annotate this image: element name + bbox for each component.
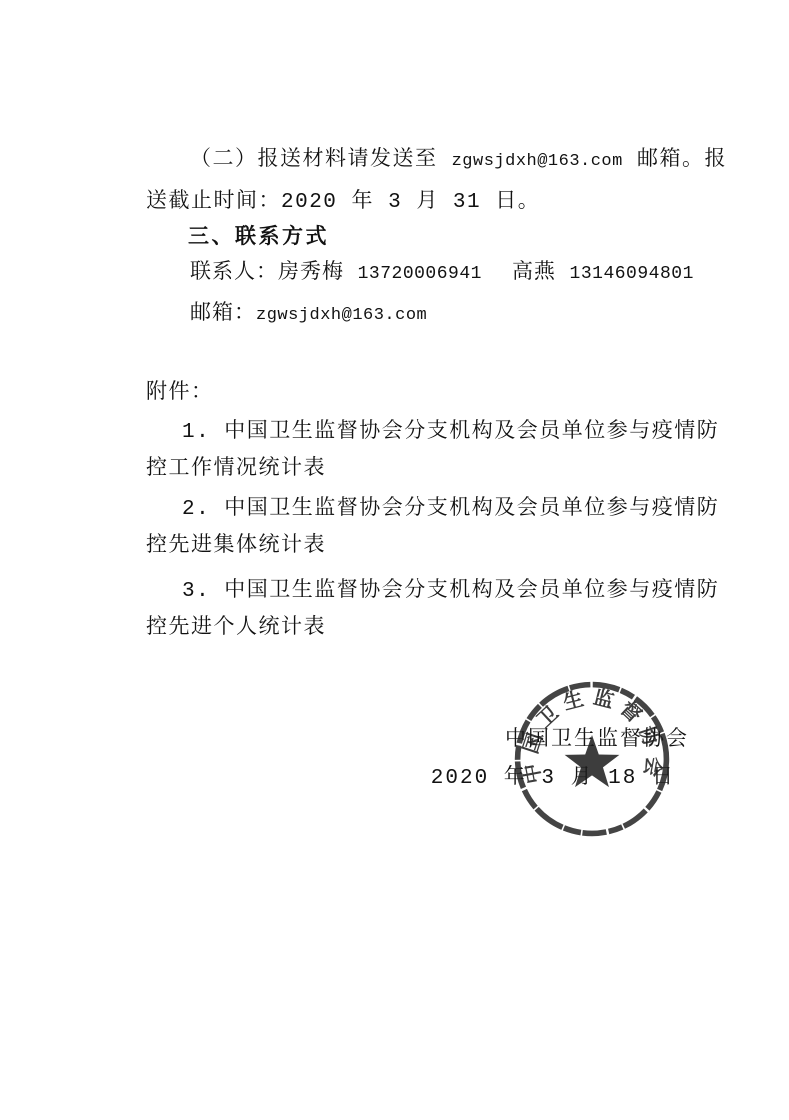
attachment-item-2-text: 中国卫生监督协会分支机构及会员单位参与疫情防: [224, 498, 719, 521]
signature-block: 中国卫生监督协会 2020 年 3 月 18 日: [431, 722, 689, 798]
contact-label: 联系人：: [190, 262, 278, 285]
attachment-item-2-number: 2.: [182, 490, 210, 530]
signature-organization: 中国卫生监督协会: [431, 722, 689, 760]
document-body: （二）报送材料请发送至 zgwsjdxh@163.com 邮箱。报 送截止时间：…: [146, 141, 702, 649]
email-value: zgwsjdxh@163.com: [256, 306, 427, 325]
attachment-item-3-line-1: 3.中国卫生监督协会分支机构及会员单位参与疫情防: [146, 572, 702, 612]
attachment-item-2-line-1: 2.中国卫生监督协会分支机构及会员单位参与疫情防: [146, 490, 702, 530]
attachment-item-3-line-2: 控先进个人统计表: [146, 609, 702, 649]
attachment-item-1-line-1: 1.中国卫生监督协会分支机构及会员单位参与疫情防: [146, 413, 702, 453]
contact-person-2-phone: 13146094801: [570, 264, 694, 284]
email-label: 邮箱：: [190, 303, 256, 326]
attachment-item-1-number: 1.: [182, 413, 210, 453]
para-line-1: （二）报送材料请发送至 zgwsjdxh@163.com 邮箱。报: [146, 141, 702, 182]
attachment-item-2-line-2: 控先进集体统计表: [146, 527, 702, 567]
attachments-label: 附件：: [146, 374, 702, 414]
para-line-1-suffix: 邮箱。报: [623, 149, 727, 172]
para-line-1-prefix: （二）报送材料请发送至: [190, 149, 452, 172]
attachment-item-3-number: 3.: [182, 572, 210, 612]
signature-date: 2020 年 3 月 18 日: [431, 760, 675, 798]
email-row: 邮箱：zgwsjdxh@163.com: [146, 295, 702, 336]
attachment-item-1-text: 中国卫生监督协会分支机构及会员单位参与疫情防: [224, 421, 719, 444]
contact-person-2-name: 高燕: [512, 262, 556, 285]
attachment-item-1-line-2: 控工作情况统计表: [146, 450, 702, 490]
contact-person-1-phone: 13720006941: [358, 264, 482, 284]
attachment-item-3-text: 中国卫生监督协会分支机构及会员单位参与疫情防: [224, 580, 719, 603]
document-page: （二）报送材料请发送至 zgwsjdxh@163.com 邮箱。报 送截止时间：…: [0, 0, 789, 1120]
contact-row: 联系人：房秀梅 13720006941高燕 13146094801: [146, 254, 702, 294]
section-heading: 三、联系方式: [146, 217, 702, 257]
submission-email-inline: zgwsjdxh@163.com: [452, 152, 623, 171]
contact-person-1-name: 房秀梅: [278, 262, 344, 285]
